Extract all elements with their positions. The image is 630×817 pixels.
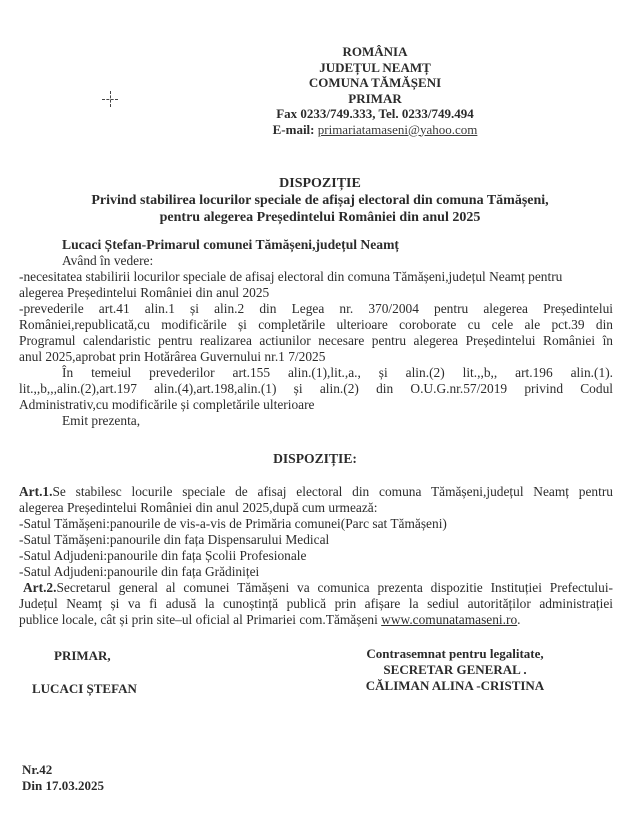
location-item: -Satul Tămășeni:panourile de vis-a-vis d…	[19, 516, 613, 532]
article-1-label: Art.1.	[19, 484, 52, 499]
article-1-text: Se stabilesc locurile speciale de afisaj…	[52, 484, 613, 499]
office-name: PRIMAR	[250, 91, 500, 107]
contact-phones: Fax 0233/749.333, Tel. 0233/749.494	[250, 106, 500, 122]
document-title: DISPOZIȚIE	[40, 175, 600, 192]
countersign-label: Contrasemnat pentru legalitate,	[330, 646, 580, 662]
legal-basis-line: Administrativ,cu modificările și complet…	[19, 397, 613, 413]
website-link[interactable]: www.comunatamaseni.ro	[381, 612, 517, 627]
document-page: ROMÂNIA JUDEȚUL NEAMȚ COMUNA TĂMĂȘENI PR…	[0, 0, 630, 817]
email-line: E-mail: primariatamaseni@yahoo.com	[250, 122, 500, 138]
secretary-name: CĂLIMAN ALINA -CRISTINA	[330, 678, 580, 694]
section-heading: DISPOZIȚIE:	[0, 451, 630, 467]
article-2-line-3: publice locale, cât și prin site–ul ofic…	[19, 612, 613, 628]
county-name: JUDEȚUL NEAMȚ	[250, 60, 500, 76]
document-title-block: DISPOZIȚIE Privind stabilirea locurilor …	[40, 175, 600, 226]
mayor-title: PRIMAR,	[54, 648, 111, 664]
mayor-name: LUCACI ȘTEFAN	[32, 681, 137, 697]
letterhead: ROMÂNIA JUDEȚUL NEAMȚ COMUNA TĂMĂȘENI PR…	[250, 44, 500, 137]
article-2-line-1: Art.2.Secretarul general al comunei Tămă…	[23, 580, 613, 596]
article-1-line-2: alegerea Președintelui României din anul…	[19, 500, 613, 516]
consideration-line: alegerea Președintelui României din anul…	[19, 285, 613, 301]
location-item: -Satul Adjudeni:panourile din fața Grădi…	[19, 564, 613, 580]
document-number: Nr.42	[22, 762, 104, 778]
document-date: Din 17.03.2025	[22, 778, 104, 794]
commune-name: COMUNA TĂMĂȘENI	[250, 75, 500, 91]
legal-basis-line: lit.,,b,,,alin.(2),art.197 alin.(4),art.…	[19, 381, 613, 397]
document-subtitle-line-1: Privind stabilirea locurilor speciale de…	[40, 192, 600, 209]
email-link[interactable]: primariatamaseni@yahoo.com	[318, 122, 478, 137]
consideration-line: -prevederile art.41 alin.1 și alin.2 din…	[19, 301, 613, 317]
article-2-line-3-end: .	[517, 612, 520, 627]
consideration-line: Programul calendaristic pentru realizare…	[19, 333, 613, 349]
crosshair-mark-icon	[101, 90, 119, 108]
article-2-text: Secretarul general al comunei Tămășeni v…	[56, 580, 613, 595]
article-2-line-2: Județul Neamț și va fi adusă la cunoștin…	[19, 596, 613, 612]
consideration-line: -necesitatea stabilirii locurilor specia…	[19, 269, 613, 285]
document-number-block: Nr.42 Din 17.03.2025	[22, 762, 104, 794]
document-subtitle-line-2: pentru alegerea Președintelui României d…	[40, 209, 600, 226]
consideration-line: anul 2025,aprobat prin Hotărârea Guvernu…	[19, 349, 613, 365]
location-item: -Satul Tămășeni:panourile din fața Dispe…	[19, 532, 613, 548]
email-label: E-mail:	[273, 122, 315, 137]
article-1-line-1: Art.1.Se stabilesc locurile speciale de …	[19, 484, 613, 500]
location-item: -Satul Adjudeni:panourile din fața Școli…	[19, 548, 613, 564]
having-regard-line: Având în vedere:	[62, 253, 613, 269]
issue-statement: Emit prezenta,	[62, 413, 613, 429]
secretary-title: SECRETAR GENERAL .	[330, 662, 580, 678]
article-2-label: Art.2.	[23, 580, 56, 595]
legal-basis-line: În temeiul prevederilor art.155 alin.(1)…	[62, 365, 613, 381]
country-name: ROMÂNIA	[250, 44, 500, 60]
article-2-line-3-text: publice locale, cât și prin site–ul ofic…	[19, 612, 381, 627]
countersignature-block: Contrasemnat pentru legalitate, SECRETAR…	[330, 646, 580, 694]
issuer-line: Lucaci Ștefan-Primarul comunei Tămășeni,…	[62, 237, 613, 253]
consideration-line: României,republicată,cu modificările și …	[19, 317, 613, 333]
